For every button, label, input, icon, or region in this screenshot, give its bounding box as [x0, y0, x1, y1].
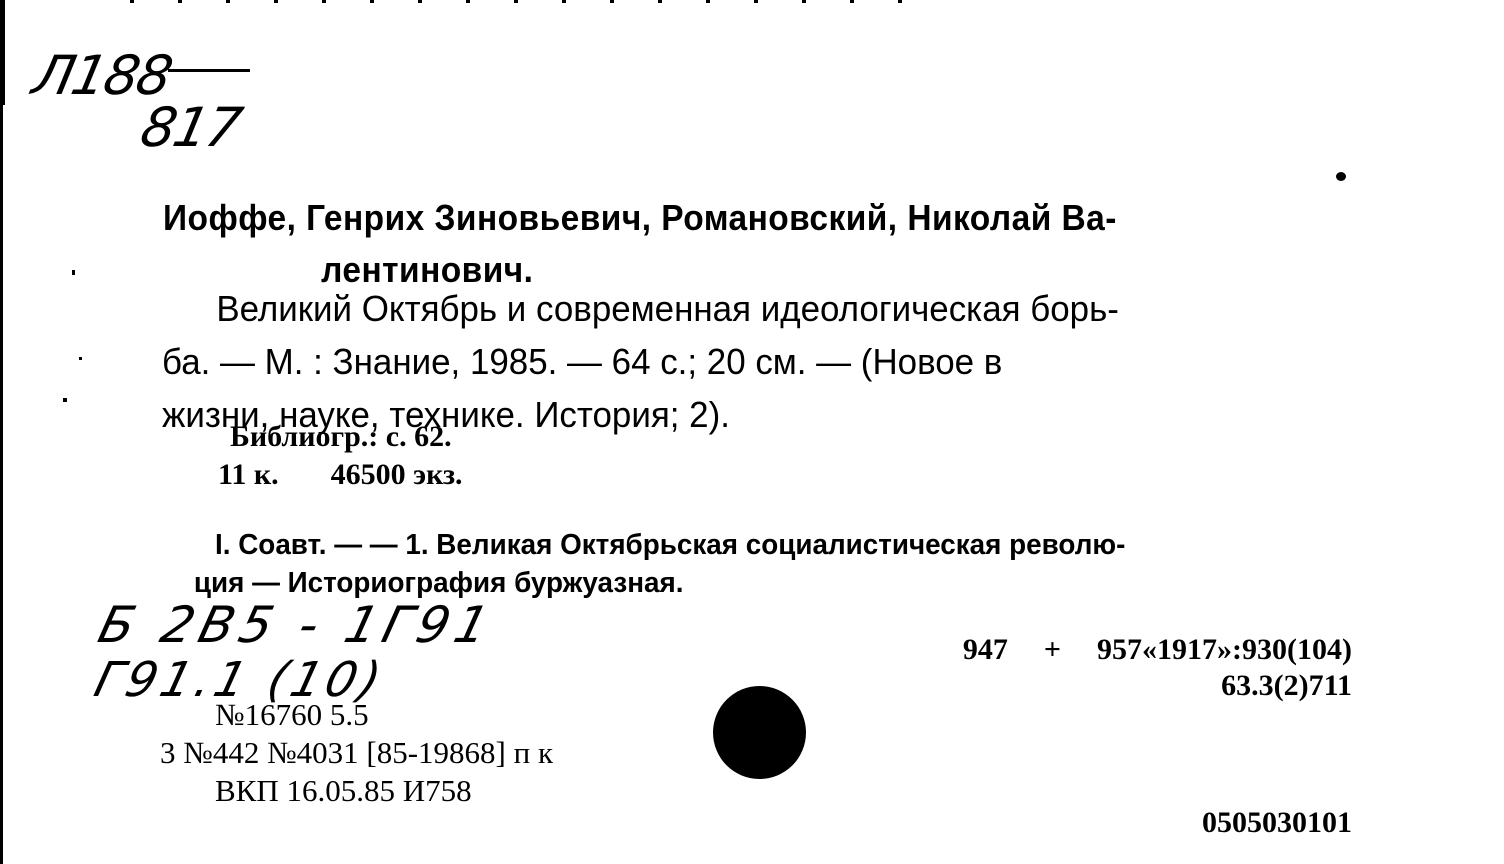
- bbk-index: 63.3(2)711: [963, 668, 1352, 704]
- printing-imprint: №16760 5.5 3 №442 №4031 [85-19868] п к В…: [160, 696, 553, 810]
- tracing-line-1: I. Соавт. — — 1. Великая Октябрьская соц…: [215, 526, 1319, 564]
- plus-sign: +: [1044, 632, 1061, 668]
- ink-speck: [79, 357, 82, 360]
- price: 11 к.: [218, 458, 279, 491]
- ink-speck: [1336, 172, 1346, 181]
- handwritten-call-number-bottom: 817: [135, 96, 245, 159]
- classification-indices: 947+957«1917»:930(104) 63.3(2)711: [963, 632, 1352, 704]
- punch-hole: [713, 686, 806, 779]
- imprint-line-2: 3 №442 №4031 [85-19868] п к: [160, 734, 553, 772]
- card-edge: [0, 0, 3, 864]
- author-heading: Иоффе, Генрих Зиновьевич, Романовский, Н…: [163, 192, 1274, 296]
- tracings: I. Соавт. — — 1. Великая Октябрьская соц…: [215, 526, 1319, 602]
- imprint-line-1: №16760 5.5: [160, 696, 553, 734]
- title-line-1: Великий Октябрь и современная идеологиче…: [162, 282, 1326, 335]
- ink-speck: [72, 270, 75, 275]
- copies-count: 46500 экз.: [331, 458, 463, 491]
- udc-index-left: 947: [963, 633, 1008, 666]
- imprint-line-3: ВКП 16.05.85 И758: [160, 772, 553, 810]
- ink-speck: [63, 398, 67, 402]
- catalog-card: Л188 817 Иоффе, Генрих Зиновьевич, Роман…: [0, 0, 1504, 864]
- handwritten-shelf-mark-1: Б 2В5 - 1Г91: [93, 596, 501, 654]
- bibliography-note: Библиогр.: с. 62.: [230, 418, 463, 456]
- notes-block: Библиогр.: с. 62. 11 к.46500 экз.: [230, 418, 463, 494]
- call-number-divider: [168, 69, 250, 72]
- udc-index-right: 957«1917»:930(104): [1097, 633, 1352, 666]
- top-edge-marks: [130, 0, 930, 3]
- card-edge-shadow: [0, 0, 5, 105]
- title-line-2: ба. — М. : Знание, 1985. — 64 с.; 20 см.…: [162, 335, 1326, 388]
- heading-line-1: Иоффе, Генрих Зиновьевич, Романовский, Н…: [163, 197, 1117, 238]
- card-code: 0505030101: [1202, 806, 1352, 840]
